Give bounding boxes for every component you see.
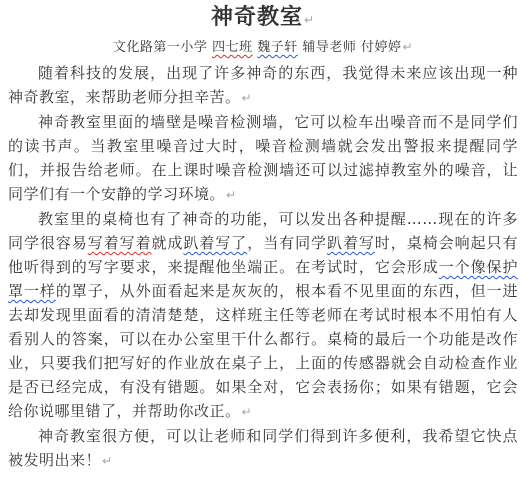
essay-body: 随着科技的发展，出现了许多神奇的东西，我觉得未来应该出现一种神奇教室，来帮助老师… — [8, 61, 518, 473]
paragraph: 教室里的桌椅也有了神奇的功能，可以发出各种提醒……现在的许多同学很容易写着写着就… — [8, 207, 518, 424]
proofing-underline-segment: 魏子轩 — [257, 40, 298, 55]
paragraph: 随着科技的发展，出现了许多神奇的东西，我觉得未来应该出现一种神奇教室，来帮助老师… — [8, 61, 518, 110]
paragraph-mark-icon: ↵ — [242, 405, 253, 419]
text-segment: 的罩子，从外面看起来是灰灰的，根本看不见里面的东西，但一进去却发现里面看的清清楚… — [8, 282, 518, 420]
text-segment: 就成 — [152, 234, 184, 252]
paragraph: 神奇教室很方便，可以让老师和同学们得到许多便利，我希望它快点被发明出来！↵ — [8, 424, 518, 473]
paragraph-mark-icon: ↵ — [226, 188, 237, 202]
paragraph-mark-icon: ↵ — [102, 454, 113, 468]
proofing-underline-segment: 趴着写 — [327, 234, 375, 252]
paragraph: 神奇教室里面的墙壁是噪音检测墙，它可以检车出噪音而不是同学们的读书声。当教室里噪… — [8, 110, 518, 207]
proofing-underline-segment: 趴着写了 — [183, 234, 247, 252]
title-text: 神奇教室 — [211, 5, 303, 30]
page-title: 神奇教室↵ — [8, 3, 518, 35]
text-segment: 神奇教室很方便，可以让老师和同学们得到许多便利，我希望它快点被发明出来！ — [8, 427, 518, 469]
byline: 文化路第一小学 四七班 魏子轩 辅导老师 付婷婷↵ — [8, 36, 518, 59]
paragraph-mark-icon: ↵ — [242, 91, 253, 105]
paragraph-mark-icon: ↵ — [403, 40, 414, 54]
text-segment: 神奇教室里面的墙壁是噪音检测墙，它可以检车出噪音而不是同学们的读书声。当教室里噪… — [8, 113, 518, 203]
text-segment: 随着科技的发展，出现了许多神奇的东西，我觉得未来应该出现一种神奇教室，来帮助老师… — [8, 64, 518, 106]
proofing-underline-segment: 写着写着 — [88, 234, 152, 252]
text-segment: 文化路第一小学 — [113, 40, 212, 55]
text-segment: ，当有同学 — [247, 234, 327, 252]
paragraph-mark-icon: ↵ — [304, 13, 315, 27]
document-page: 神奇教室↵ 文化路第一小学 四七班 魏子轩 辅导老师 付婷婷↵ 随着科技的发展，… — [0, 0, 526, 480]
text-segment: 辅导老师 付婷婷 — [298, 40, 402, 55]
proofing-underline-segment: 四七班 — [212, 40, 253, 55]
